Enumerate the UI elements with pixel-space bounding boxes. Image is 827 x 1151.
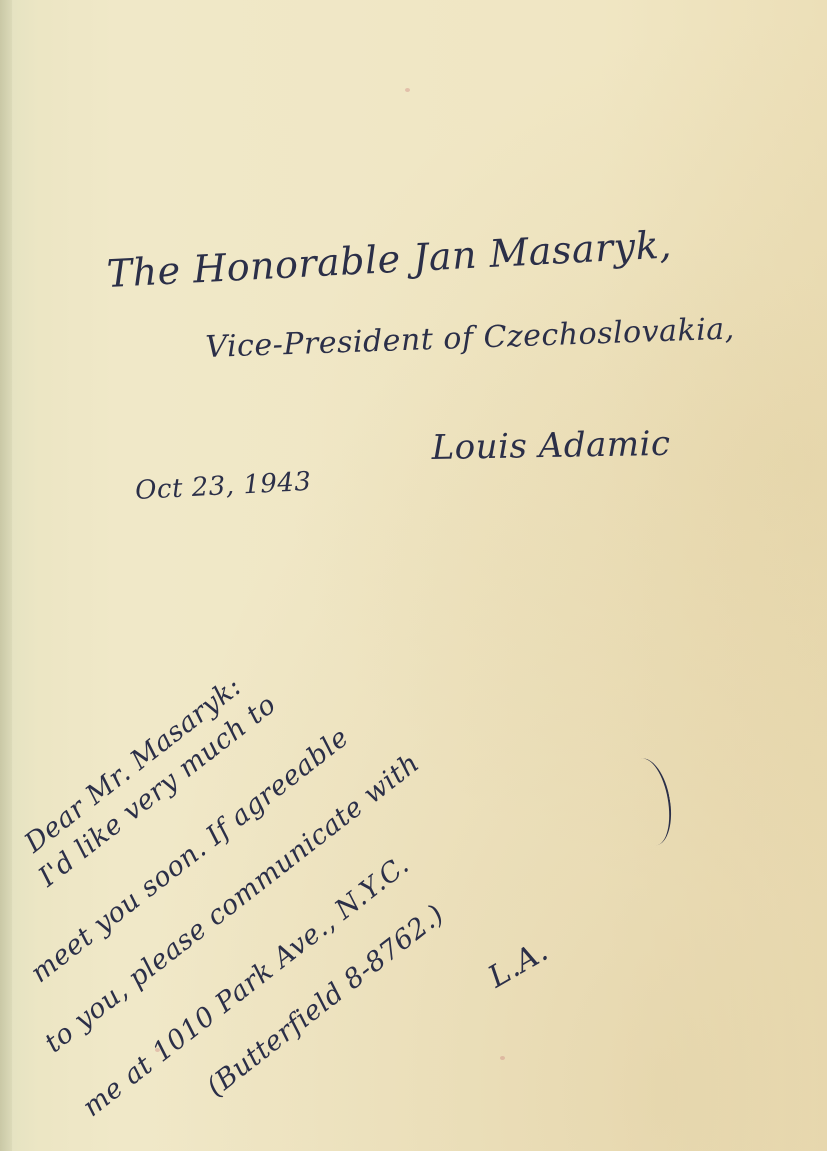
author-signature: Louis Adamic	[431, 424, 670, 468]
note-initials: L.A.	[483, 933, 555, 995]
paper-stain	[405, 88, 410, 92]
inscription-date: Oct 23, 1943	[134, 467, 312, 506]
paper-stain	[155, 1048, 160, 1052]
closing-parenthesis-mark	[621, 755, 678, 849]
book-gutter	[0, 0, 12, 1151]
dedication-line-2: Vice-President of Czechoslovakia,	[205, 312, 735, 365]
dedication-line-1: The Honorable Jan Masaryk,	[106, 222, 673, 296]
inscription-page: The Honorable Jan Masaryk, Vice-Presiden…	[0, 0, 827, 1151]
paper-stain	[500, 1056, 505, 1060]
